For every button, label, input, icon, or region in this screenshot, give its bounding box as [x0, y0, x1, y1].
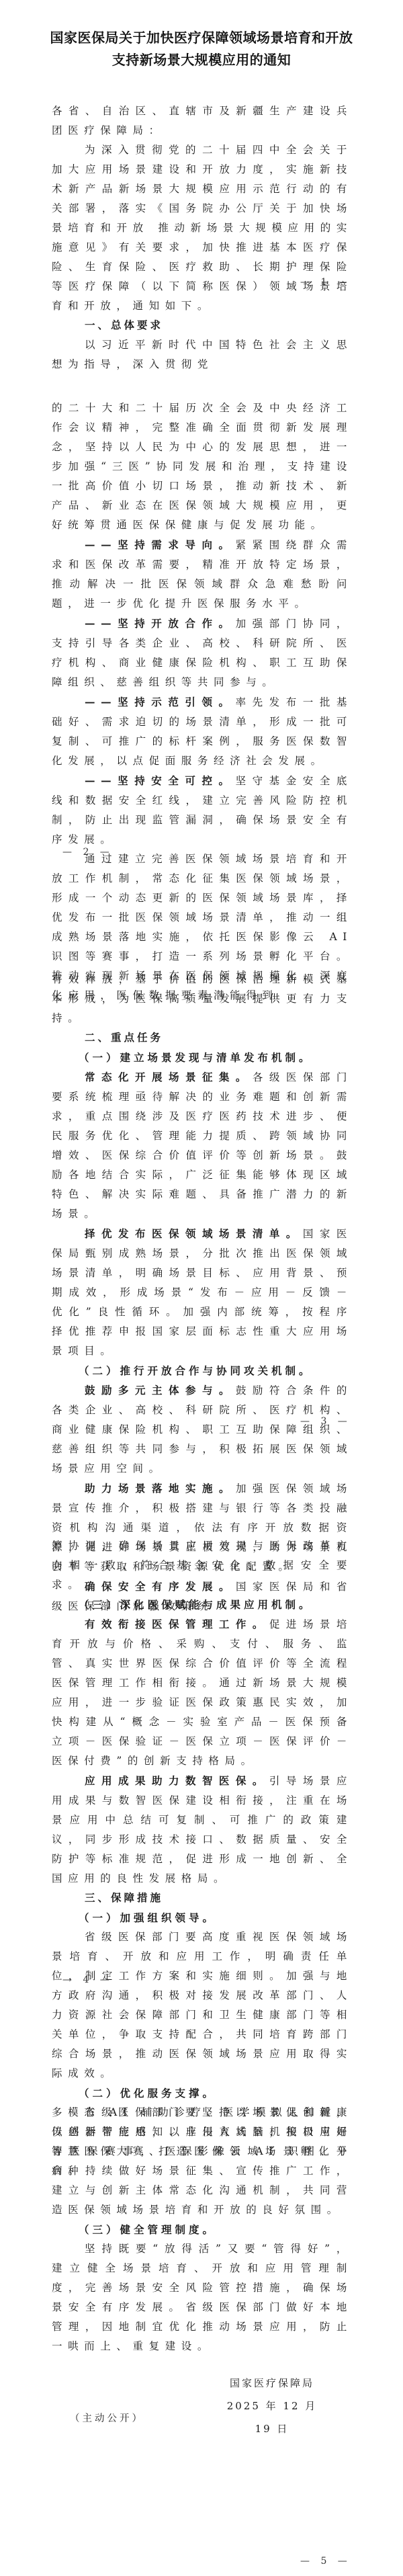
page-3-body: 有效释放，基于价值的医保治理新模式基本形成，为医保高质量发展提供更有力支持。 二…	[52, 970, 353, 1616]
page-5-body: 多模态 AI 辅助诊疗、医学模拟人和健康传感器智能感知、非侵入式脑机接口应用等医…	[52, 2103, 353, 2356]
page-5: 多模态 AI 辅助诊疗、医学模拟人和健康传感器智能感知、非侵入式脑机接口应用等医…	[0, 2101, 403, 2576]
signature-block: 国家医疗保障局 2025 年 12 月 19 日	[222, 2372, 322, 2440]
section-3-sub-2-heading: （二）优化服务支撑。	[52, 2083, 353, 2103]
section-2-heading: 二、重点任务	[52, 1028, 353, 1048]
section-2-sub-3-heading: （三）深化医保赋能与成果应用机制。	[52, 1595, 353, 1614]
task-2-1: 鼓励多元主体参与。鼓励符合条件的各类企业、高校、科研院所、医疗机构、商业健康保险…	[52, 1380, 353, 1479]
principle-2-lead: ——坚持开放合作。	[85, 617, 236, 630]
measure-1-text: 省级医保部门要高度重视医保领域场景培育、开放和应用工作，明确责任单位，制定工作方…	[52, 1927, 353, 2083]
task-3-1: 有效衔接医保管理工作。促进场景培育开放与价格、采购、支付、服务、监管、真实世界医…	[52, 1614, 353, 1771]
page-number-1: — 1 —	[300, 277, 351, 288]
document-title-line-2: 支持新场景大规模应用的通知	[0, 49, 403, 71]
task-3-1-text: 促进场景培育开放与价格、采购、支付、服务、监管、真实世界医保综合价值评价等全流程…	[52, 1618, 353, 1767]
principle-4: ——坚持安全可控。坚守基金安全底线和数据安全红线，建立完善风险防控机制，防止出现…	[52, 771, 353, 849]
task-1-2-lead: 择优发布医保领域场景清单。	[85, 1227, 303, 1240]
task-2-3-cont: 筹协调，确保场景应用效果与医保改革方向相一致，符合基金安全、数据安全要求。	[52, 1536, 353, 1595]
section-2-sub-1-heading: （一）建立场景发现与清单发布机制。	[52, 1048, 353, 1067]
principle-3: ——坚持示范引领。率先发布一批基础好、需求迫切的场景清单，形成一批可复制、可推广…	[52, 692, 353, 771]
principle-3-lead: ——坚持示范引领。	[85, 696, 236, 708]
section-1-heading: 一、总体要求	[52, 316, 353, 335]
section-2-sub-2-heading: （二）推行开放合作与协同攻关机制。	[52, 1361, 353, 1380]
task-3-2-lead: 应用成果助力数智医保。	[85, 1774, 269, 1787]
principle-1: ——坚持需求导向。紧紧围绕群众需求和医保改革需要，精准开放特定场景，推动解决一批…	[52, 535, 353, 614]
page-3: 有效释放，基于价值的医保治理新模式基本形成，为医保高质量发展提供更有力支持。 二…	[0, 968, 403, 1483]
page-number-4: — 4 —	[62, 1975, 114, 1985]
task-2-1-text: 鼓励符合条件的各类企业、高校、科研院所、医疗机构、商业健康保险机构、职工互助保障…	[52, 1384, 353, 1474]
section-3-sub-3-heading: （三）健全管理制度。	[52, 2220, 353, 2239]
section-3-sub-1-heading: （一）加强组织领导。	[52, 1908, 353, 1927]
page-1-body: 各省、自治区、直辖市及新疆生产建设兵团医疗保障局： 为深入贯彻党的二十届四中全会…	[52, 101, 353, 374]
page-2: 的二十大和二十届历次全会及中央经济工作会议精神，完整准确全面贯彻新发展理念，坚持…	[0, 397, 403, 911]
goal-paragraph-cont: 有效释放，基于价值的医保治理新模式基本形成，为医保高质量发展提供更有力支持。	[52, 970, 353, 1028]
section-1-paragraph-1-cont: 的二十大和二十届历次全会及中央经济工作会议精神，完整准确全面贯彻新发展理念，坚持…	[52, 399, 353, 535]
page-number-5: — 5 —	[300, 2556, 351, 2567]
task-3-1-lead: 有效衔接医保管理工作。	[85, 1618, 269, 1630]
issue-date: 2025 年 12 月 19 日	[222, 2395, 322, 2440]
document-viewer: 国家医保局关于加快医疗保障领域场景培育和开放 支持新场景大规模应用的通知 各省、…	[0, 0, 403, 2576]
task-1-2-text: 国家医保局甄别成熟场景，分批次推出医保领域场景清单，明确场景目标、应用背景、预期…	[52, 1228, 353, 1357]
document-title-line-1: 国家医保局关于加快医疗保障领域场景培育和开放	[0, 27, 403, 49]
task-1-1: 常态化开展场景征集。各级医保部门要系统梳理亟待解决的业务难题和创新需求，重点围绕…	[52, 1067, 353, 1224]
section-3-heading: 三、保障措施	[52, 1888, 353, 1908]
task-2-1-lead: 鼓励多元主体参与。	[85, 1384, 236, 1397]
page-number-3: — 3 —	[300, 1416, 351, 1427]
task-1-2: 择优发布医保领域场景清单。国家医保局甄别成熟场景，分批次推出医保领域场景清单，明…	[52, 1224, 353, 1361]
page-number-2: — 2 —	[62, 847, 114, 858]
task-1-1-lead: 常态化开展场景征集。	[85, 1071, 253, 1083]
principle-1-lead: ——坚持需求导向。	[85, 538, 236, 551]
section-1-paragraph-1-start: 以习近平新时代中国特色社会主义思想为指导，深入贯彻党	[52, 335, 353, 374]
measure-2-text-cont: 多模态 AI 辅助诊疗、医学模拟人和健康传感器智能感知、非侵入式脑机接口应用等医…	[52, 2103, 353, 2220]
disclosure-label: （主动公开）	[70, 2411, 144, 2425]
measure-3-text: 坚持既要“放得活”又要“管得好”，建立健全场景培育、开放和应用管理制度，完善场景…	[52, 2239, 353, 2356]
page-4-body: 筹协调，确保场景应用效果与医保改革方向相一致，符合基金安全、数据安全要求。 （三…	[52, 1536, 353, 2181]
task-1-1-text: 各级医保部门要系统梳理亟待解决的业务难题和创新需求，重点围绕涉及医疗医药技术进步…	[52, 1071, 353, 1220]
principle-4-lead: ——坚持安全可控。	[85, 774, 236, 787]
issuer-name: 国家医疗保障局	[222, 2372, 322, 2395]
task-2-2-lead: 助力场景落地实施。	[85, 1482, 236, 1495]
task-3-2-text: 引导场景应用成果与数智医保建设相衔接，注重在场景应用中总结可复制、可推广的政策建…	[52, 1775, 353, 1884]
page-4: 筹协调，确保场景应用效果与医保改革方向相一致，符合基金安全、数据安全要求。 （三…	[0, 1534, 403, 2049]
addressee: 各省、自治区、直辖市及新疆生产建设兵团医疗保障局：	[52, 101, 353, 140]
principle-2: ——坚持开放合作。加强部门协同，支持引导各类企业、高校、科研院所、医疗机构、商业…	[52, 614, 353, 692]
intro-paragraph: 为深入贯彻党的二十届四中全会关于加大应用场景建设和开放力度，实施新技术新产品新场…	[52, 140, 353, 316]
page-2-body: 的二十大和二十届历次全会及中央经济工作会议精神，完整准确全面贯彻新发展理念，坚持…	[52, 399, 353, 1005]
task-3-2: 应用成果助力数智医保。引导场景应用成果与数智医保建设相衔接，注重在场景应用中总结…	[52, 1771, 353, 1888]
